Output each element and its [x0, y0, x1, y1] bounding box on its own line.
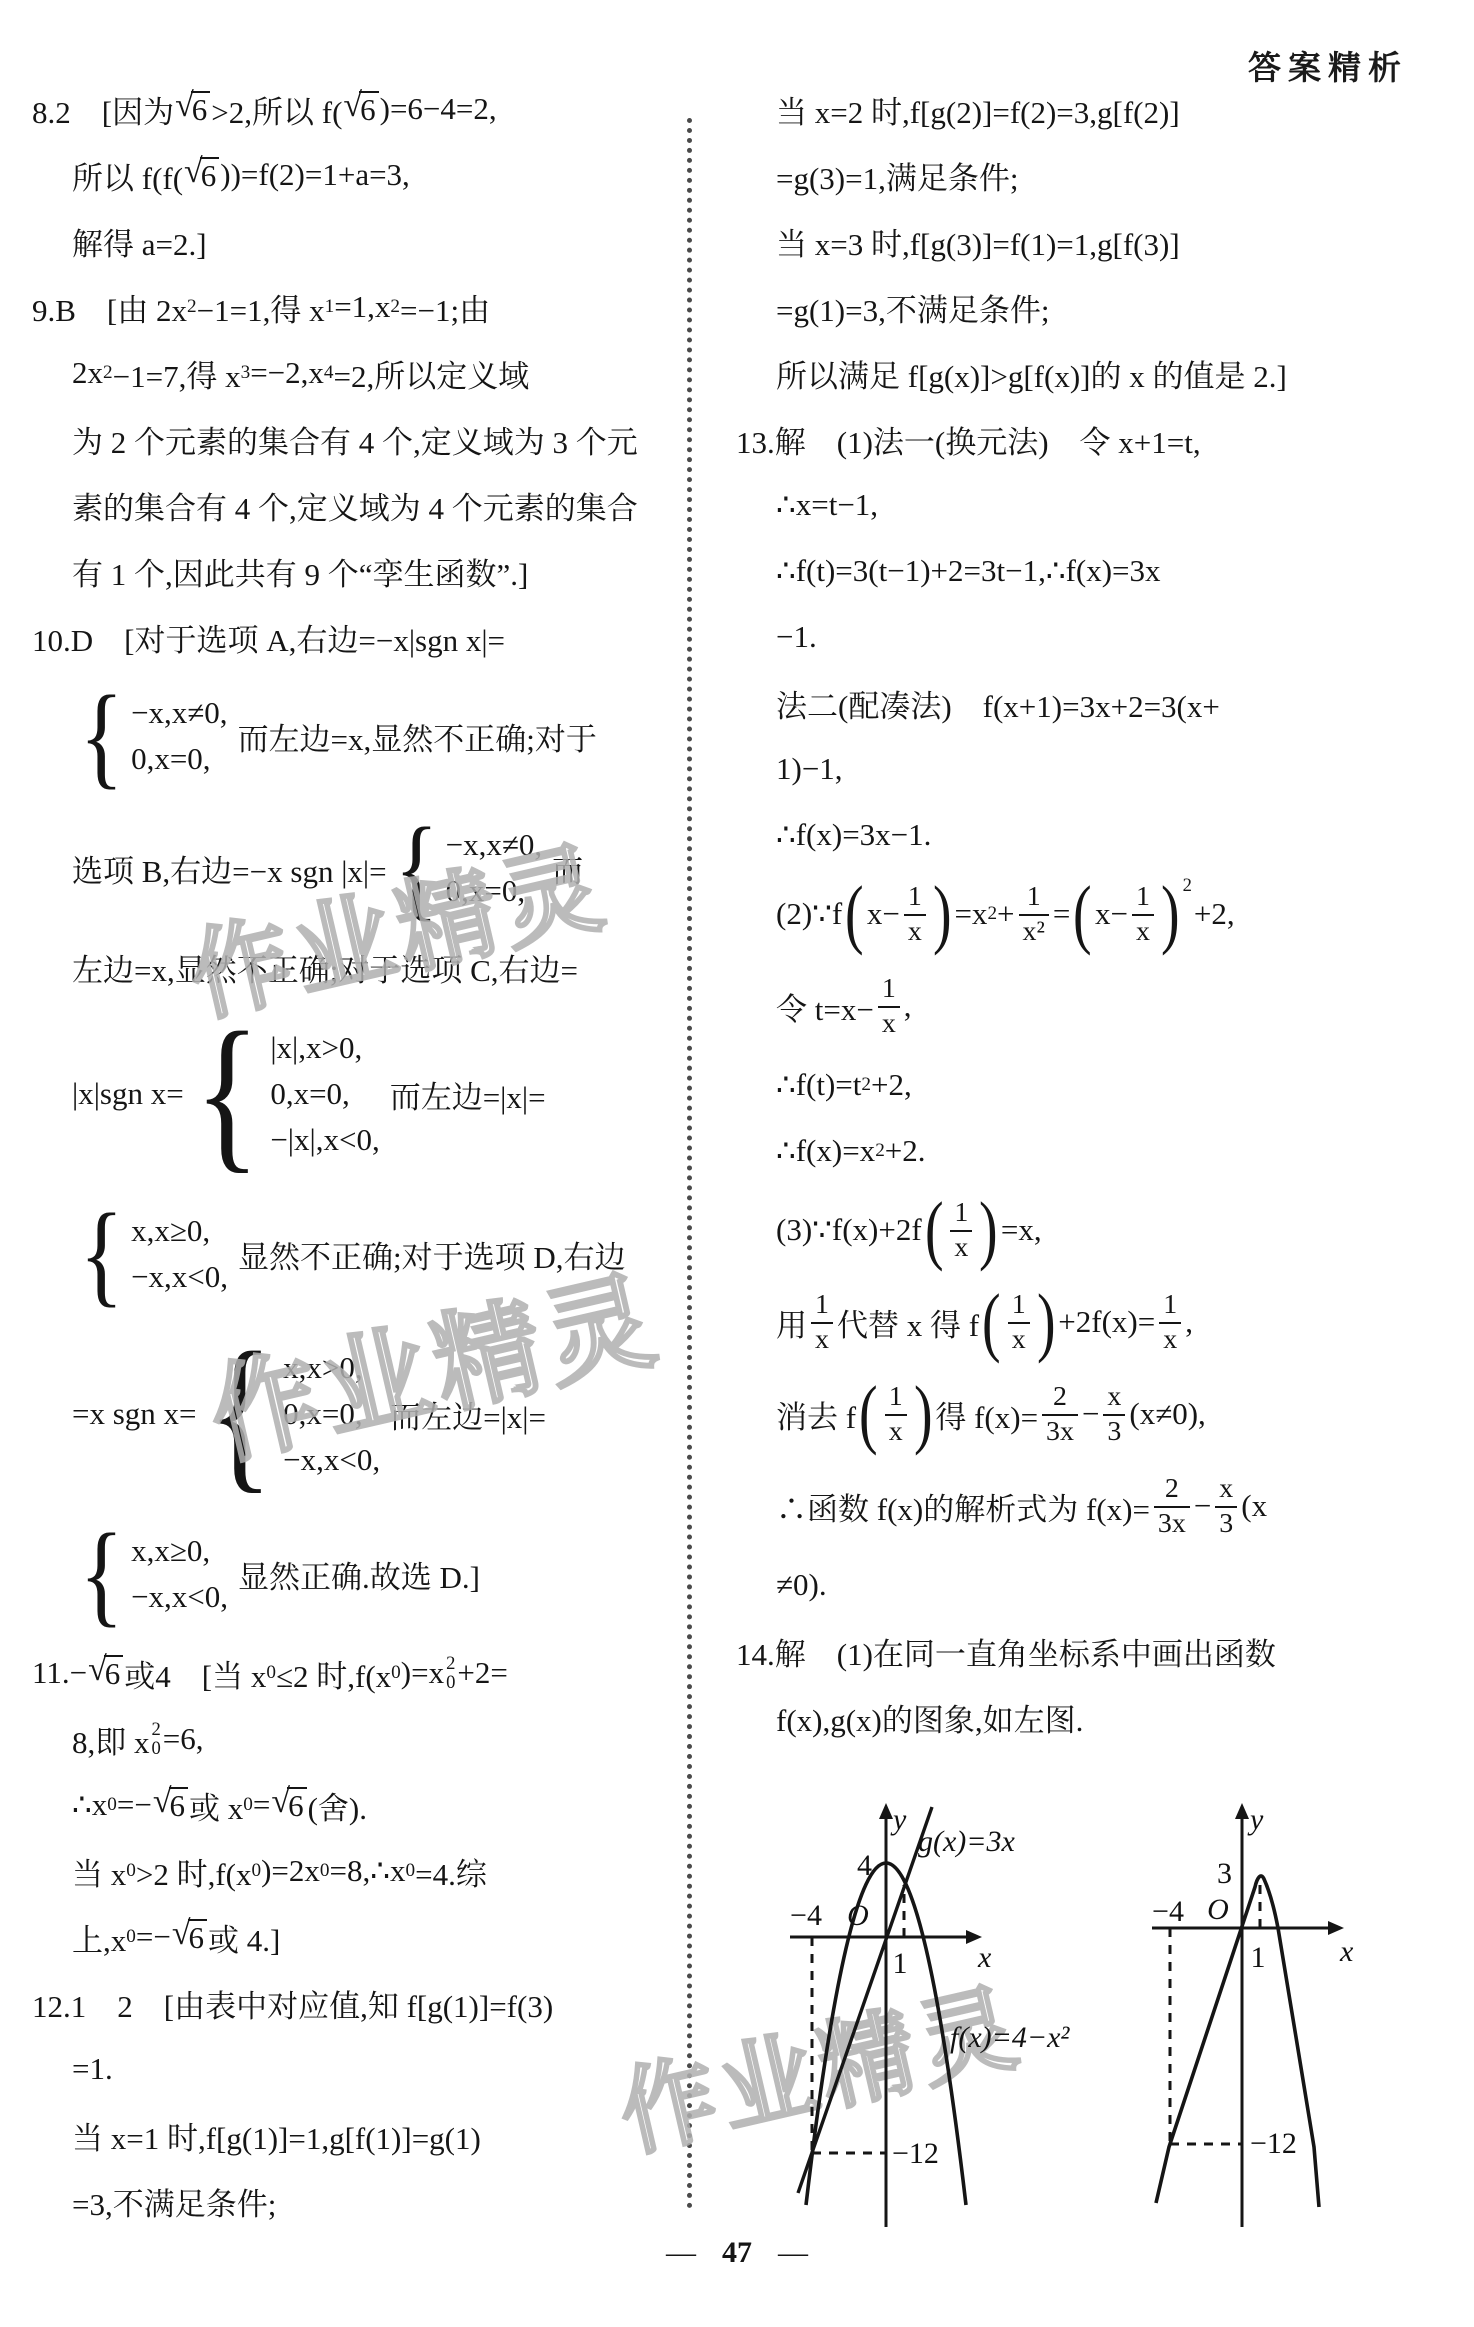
solution-line: 10.D [对于选项 A,右边=−x|sgn x|=: [32, 604, 687, 670]
right-column: 当 x=2 时,f[g(2)]=f(2)=3,g[f(2)]=g(3)=1,满足…: [736, 76, 1448, 1750]
left-column: 8.2 [因为√6>2,所以 f(√6)=6−4=2,所以 f(f(√6))=f…: [32, 76, 687, 2234]
solution-line: 当 x=2 时,f[g(2)]=f(2)=3,g[f(2)]: [736, 76, 1448, 142]
solution-line: 所以满足 f[g(x)]>g[f(x)]的 x 的值是 2.]: [736, 340, 1448, 406]
column-divider: [687, 118, 692, 2210]
solution-line: 14.解 (1)在同一直角坐标系中画出函数: [736, 1618, 1448, 1684]
solution-line: 12.1 2 [由表中对应值,知 f[g(1)]=f(3): [32, 1970, 687, 2036]
solution-line: {x,x≥0,−x,x<0,显然正确.故选 D.]: [32, 1508, 687, 1640]
tick-minus12: −12: [1250, 2127, 1297, 2160]
solution-line: 当 x=1 时,f[g(1)]=1,g[f(1)]=g(1): [32, 2102, 687, 2168]
page-number-dash: —: [640, 2236, 722, 2269]
page-number-dash: —: [752, 2236, 834, 2269]
solution-line: 有 1 个,因此共有 9 个“孪生函数”.]: [32, 538, 687, 604]
graph-right: [1152, 1803, 1344, 2227]
x-axis-label: x: [1339, 1935, 1354, 1968]
origin-label: O: [847, 1899, 869, 1932]
solution-line: 8.2 [因为√6>2,所以 f(√6)=6−4=2,: [32, 76, 687, 142]
tick-4: 4: [857, 1849, 872, 1882]
solution-line: 当 x=3 时,f[g(3)]=f(1)=1,g[f(3)]: [736, 208, 1448, 274]
solution-line: =3,不满足条件;: [32, 2168, 687, 2234]
solution-line: 2x2−1=7,得 x3=−2,x4=2,所以定义域: [32, 340, 687, 406]
solution-line: =g(3)=1,满足条件;: [736, 142, 1448, 208]
solution-line: 法二(配凑法) f(x+1)=3x+2=3(x+: [736, 670, 1448, 736]
g-function-label: g(x)=3x: [918, 1825, 1016, 1858]
origin-label: O: [1207, 1893, 1229, 1926]
y-axis-arrow: [1235, 1803, 1249, 1819]
tick-minus12: −12: [892, 2137, 939, 2170]
solution-line: ∴f(t)=t2+2,: [736, 1052, 1448, 1118]
x-axis-label: x: [977, 1941, 992, 1974]
solution-line: ∴x0=−√6或 x0=√6(舍).: [32, 1772, 687, 1838]
solution-line: ∴x=t−1,: [736, 472, 1448, 538]
solution-line: ∴f(t)=3(t−1)+2=3t−1,∴f(x)=3x: [736, 538, 1448, 604]
y-axis-label: y: [1247, 1803, 1264, 1836]
solution-line: −1.: [736, 604, 1448, 670]
solution-line: |x|sgn x={|x|,x>0,0,x=0,−|x|,x<0,而左边=|x|…: [32, 1000, 687, 1188]
tick-minus4: −4: [1152, 1895, 1184, 1928]
solution-line: 1)−1,: [736, 736, 1448, 802]
solution-line: 选项 B,右边=−x sgn |x|={−x,x≠0,0,x=0,而: [32, 802, 687, 934]
solution-line: ≠0).: [736, 1552, 1448, 1618]
solution-line: {−x,x≠0,0,x=0,而左边=x,显然不正确;对于: [32, 670, 687, 802]
page-number: —47—: [0, 2236, 1474, 2270]
solution-line: 8,即 x20=6,: [32, 1706, 687, 1772]
solution-line: 上,x0=−√6或 4.]: [32, 1904, 687, 1970]
solution-line: 令 t=x−1x,: [736, 960, 1448, 1052]
solution-line: 为 2 个元素的集合有 4 个,定义域为 3 个元: [32, 406, 687, 472]
solution-line: ∴函数 f(x)的解析式为 f(x)=23x−x3(x: [736, 1460, 1448, 1552]
solution-line: (2)∵f(x−1x)=x2+1x²=(x−1x)2+2,: [736, 868, 1448, 960]
solution-line: =x sgn x={x,x>0,0,x=0,−x,x<0,而左边=|x|=: [32, 1320, 687, 1508]
tick-3: 3: [1217, 1857, 1232, 1890]
f-function-label: f(x)=4−x²: [950, 2021, 1070, 2054]
solution-line: 消去 f(1x)得 f(x)=23x−x3(x≠0),: [736, 1368, 1448, 1460]
solution-line: f(x),g(x)的图象,如左图.: [736, 1684, 1448, 1750]
solution-line: 9.B [由 2x2−1=1,得 x1=1,x2=−1;由: [32, 274, 687, 340]
solution-line: 11.−√6或4 [当 x0≤2 时,f(x0)=x20+2=: [32, 1640, 687, 1706]
tick-1: 1: [893, 1947, 908, 1980]
y-axis-label: y: [890, 1803, 907, 1836]
solution-line: {x,x≥0,−x,x<0,显然不正确;对于选项 D,右边: [32, 1188, 687, 1320]
solution-line: 用1x代替 x 得 f(1x)+2f(x)=1x,: [736, 1276, 1448, 1368]
solution-line: =g(1)=3,不满足条件;: [736, 274, 1448, 340]
y-axis-arrow: [879, 1803, 893, 1819]
tick-1: 1: [1251, 1941, 1266, 1974]
function-graphs: y x O 4 1 −4 −12 g(x)=3x f(x)=4−x² y x O…: [740, 1795, 1400, 2235]
solution-line: ∴f(x)=3x−1.: [736, 802, 1448, 868]
solution-line: 所以 f(f(√6))=f(2)=1+a=3,: [32, 142, 687, 208]
tick-minus4: −4: [790, 1899, 822, 1932]
solution-line: 当 x0>2 时,f(x0)=2x0=8,∴x0=4.综: [32, 1838, 687, 1904]
solution-line: 13.解 (1)法一(换元法) 令 x+1=t,: [736, 406, 1448, 472]
solution-line: ∴f(x)=x2+2.: [736, 1118, 1448, 1184]
solution-line: =1.: [32, 2036, 687, 2102]
solution-line: 左边=x,显然不正确;对于选项 C,右边=: [32, 934, 687, 1000]
solution-line: 素的集合有 4 个,定义域为 4 个元素的集合: [32, 472, 687, 538]
graph-left-labels: y x O 4 1 −4 −12 g(x)=3x f(x)=4−x²: [790, 1803, 1070, 2170]
solution-line: (3)∵f(x)+2f(1x)=x,: [736, 1184, 1448, 1276]
solution-line: 解得 a=2.]: [32, 208, 687, 274]
x-axis-arrow: [1328, 1921, 1344, 1935]
graph-left: [790, 1803, 982, 2227]
